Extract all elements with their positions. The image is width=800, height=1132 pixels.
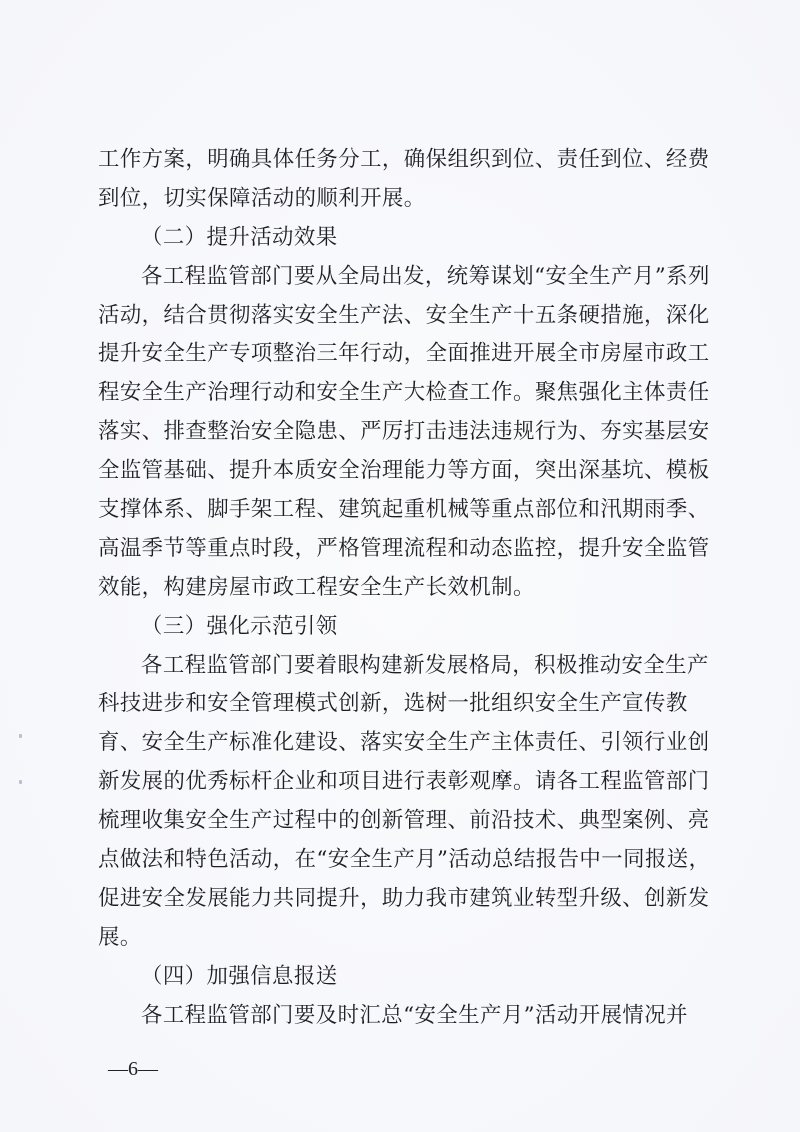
body-line: 活动，结合贯彻落实安全生产法、安全生产十五条硬措施，深化 [98, 301, 718, 340]
document-body: 工作方案，明确具体任务分工，确保组织到位、责任到位、经费 到位，切实保障活动的顺… [98, 145, 718, 1039]
section-heading-2: （二）提升活动效果 [98, 223, 718, 262]
section-heading-3: （三）强化示范引领 [98, 612, 718, 651]
body-line: 点做法和特色活动，在“安全生产月”活动总结报告中一同报送， [98, 845, 718, 884]
paragraph-start: 各工程监管部门要着眼构建新发展格局，积极推动安全生产 [98, 651, 718, 690]
body-line: 落实、排查整治安全隐患、严厉打击违法违规行为、夯实基层安 [98, 417, 718, 456]
body-line: 促进安全发展能力共同提升，助力我市建筑业转型升级、创新发 [98, 884, 718, 923]
body-line: 提升安全生产专项整治三年行动，全面推进开展全市房屋市政工 [98, 339, 718, 378]
section-heading-4: （四）加强信息报送 [98, 962, 718, 1001]
body-line: 工作方案，明确具体任务分工，确保组织到位、责任到位、经费 [98, 145, 718, 184]
body-line: 新发展的优秀标杆企业和项目进行表彰观摩。请各工程监管部门 [98, 767, 718, 806]
body-line: 效能，构建房屋市政工程安全生产长效机制。 [98, 573, 718, 612]
page-number: —6— [108, 1058, 158, 1081]
body-line: 支撑体系、脚手架工程、建筑起重机械等重点部位和汛期雨季、 [98, 495, 718, 534]
scan-mark [19, 734, 22, 738]
body-line: 展。 [98, 923, 718, 962]
body-line: 高温季节等重点时段，严格管理流程和动态监控，提升安全监管 [98, 534, 718, 573]
document-page: 工作方案，明确具体任务分工，确保组织到位、责任到位、经费 到位，切实保障活动的顺… [0, 0, 800, 1132]
paragraph-start: 各工程监管部门要及时汇总“安全生产月”活动开展情况并 [98, 1001, 718, 1040]
body-line: 科技进步和安全管理模式创新，选树一批组织安全生产宣传教 [98, 689, 718, 728]
body-line: 全监管基础、提升本质安全治理能力等方面，突出深基坑、模板 [98, 456, 718, 495]
body-line: 程安全生产治理行动和安全生产大检查工作。聚焦强化主体责任 [98, 378, 718, 417]
scan-mark [19, 780, 22, 784]
body-line: 育、安全生产标准化建设、落实安全生产主体责任、引领行业创 [98, 728, 718, 767]
body-line: 到位，切实保障活动的顺利开展。 [98, 184, 718, 223]
paragraph-start: 各工程监管部门要从全局出发，统筹谋划“安全生产月”系列 [98, 262, 718, 301]
body-line: 梳理收集安全生产过程中的创新管理、前沿技术、典型案例、亮 [98, 806, 718, 845]
